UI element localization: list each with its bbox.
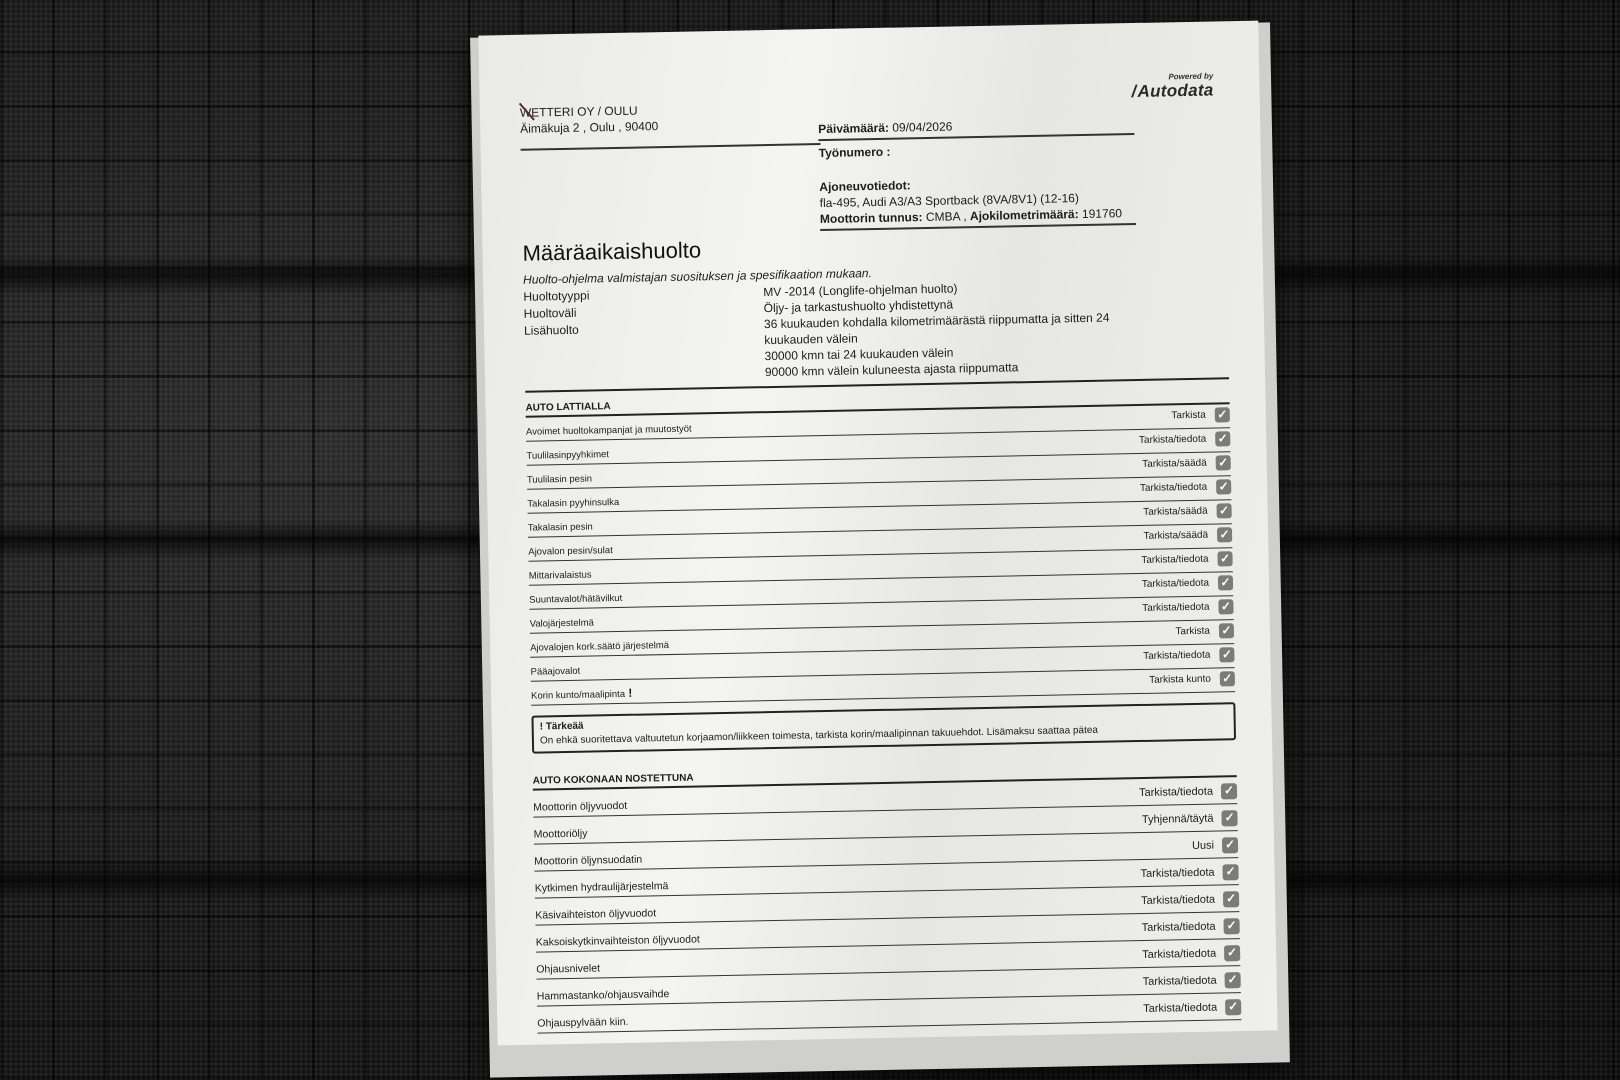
item-action: Uusi — [1192, 840, 1214, 852]
item-action: Tarkista/tiedota — [1142, 921, 1216, 934]
item-name: Käsivaihteiston öljyvuodot — [535, 907, 656, 921]
company-block: WETTERI OY / OULU Äimäkuja 2 , Oulu , 90… — [520, 102, 659, 137]
item-name: Mittarivalaistus — [529, 570, 592, 582]
checkbox-checked-icon[interactable]: ✓ — [1216, 479, 1231, 494]
checkbox-checked-icon[interactable]: ✓ — [1220, 671, 1235, 686]
checkbox-checked-icon[interactable]: ✓ — [1223, 891, 1239, 907]
item-name: Valojärjestelmä — [530, 617, 594, 629]
item-name: Pääajovalot — [531, 666, 581, 678]
checkbox-checked-icon[interactable]: ✓ — [1224, 972, 1240, 988]
engine-code-value: CMBA — [926, 209, 960, 224]
job-meta: Päivämäärä: 09/04/2026 Työnumero : Ajone… — [818, 115, 1136, 235]
engine-code-label: Moottorin tunnus: — [820, 210, 923, 226]
checkbox-checked-icon[interactable]: ✓ — [1225, 999, 1241, 1015]
checkbox-checked-icon[interactable]: ✓ — [1224, 945, 1240, 961]
checkbox-checked-icon[interactable]: ✓ — [1219, 623, 1234, 638]
item-name: Korin kunto/maalipinta ! — [531, 686, 633, 702]
item-name: Ohjauspylvään kiin. — [537, 1016, 628, 1030]
brand-name: Autodata — [1131, 80, 1213, 102]
item-name: Moottorin öljyvuodot — [533, 800, 627, 814]
item-name: Avoimet huoltokampanjat ja muutostyöt — [526, 424, 692, 438]
item-action: Tarkista — [1171, 410, 1206, 422]
item-name: Moottorin öljynsuodatin — [534, 854, 642, 868]
service-info-values: MV -2014 (Longlife-ohjelman huolto)Öljy-… — [763, 275, 1229, 380]
checkbox-checked-icon[interactable]: ✓ — [1223, 918, 1239, 934]
item-name: Hammastanko/ohjausvaihde — [537, 988, 670, 1003]
sheet-header: WETTERI OY / OULU Äimäkuja 2 , Oulu , 90… — [519, 51, 1226, 214]
service-info: HuoltotyyppiHuoltoväliLisähuolto MV -201… — [523, 275, 1229, 384]
service-sheet: WETTERI OY / OULU Äimäkuja 2 , Oulu , 90… — [478, 21, 1277, 1046]
item-action: Tarkista/tiedota — [1143, 650, 1210, 662]
checklist-section: AUTO KOKONAAN NOSTETTUNAMoottorin öljyvu… — [532, 752, 1241, 1033]
item-action: Tarkista/tiedota — [1142, 602, 1209, 614]
job-number-label: Työnumero : — [819, 145, 891, 160]
service-info-label: Lisähuolto — [524, 318, 764, 340]
divider — [521, 143, 821, 151]
item-action: Tyhjennä/täytä — [1142, 813, 1214, 826]
checkbox-checked-icon[interactable]: ✓ — [1221, 810, 1237, 826]
service-info-labels: HuoltotyyppiHuoltoväliLisähuolto — [523, 284, 765, 385]
checkbox-checked-icon[interactable]: ✓ — [1221, 783, 1237, 799]
checkbox-checked-icon[interactable]: ✓ — [1219, 647, 1234, 662]
item-name: Kytkimen hydraulijärjestelmä — [535, 880, 669, 895]
mileage-value: 191760 — [1082, 206, 1122, 221]
checklist-sections: AUTO LATTIALLAAvoimet huoltokampanjat ja… — [525, 379, 1241, 1033]
item-action: Tarkista/tiedota — [1141, 894, 1215, 907]
important-notice: ! TärkeääOn ehkä suoritettava valtuutetu… — [531, 702, 1236, 754]
item-action: Tarkista/tiedota — [1140, 867, 1214, 880]
checkbox-checked-icon[interactable]: ✓ — [1216, 503, 1231, 518]
item-name: Kaksoiskytkinvaihteiston öljyvuodot — [536, 933, 700, 948]
checkbox-checked-icon[interactable]: ✓ — [1216, 455, 1231, 470]
item-action: Tarkista/säädä — [1144, 530, 1209, 542]
item-action: Tarkista/tiedota — [1142, 948, 1216, 961]
item-name: Ohjausnivelet — [536, 962, 600, 975]
item-name: Suuntavalot/hätävilkut — [529, 593, 622, 606]
checkbox-checked-icon[interactable]: ✓ — [1217, 527, 1232, 542]
checkbox-checked-icon[interactable]: ✓ — [1222, 864, 1238, 880]
item-name: Moottoriöljy — [534, 828, 588, 841]
date-label: Päivämäärä: — [818, 121, 889, 136]
autodata-logo: Powered by Autodata — [1131, 71, 1214, 102]
item-action: Tarkista/tiedota — [1139, 434, 1206, 446]
item-name: Tuulilasinpyyhkimet — [526, 449, 609, 462]
checkbox-checked-icon[interactable]: ✓ — [1217, 551, 1232, 566]
vehicle-info-label: Ajoneuvotiedot: — [819, 178, 911, 194]
item-action: Tarkista/tiedota — [1140, 482, 1207, 494]
checkbox-checked-icon[interactable]: ✓ — [1215, 431, 1230, 446]
item-action: Tarkista — [1175, 626, 1210, 638]
item-action: Tarkista/säädä — [1142, 458, 1207, 470]
checkbox-checked-icon[interactable]: ✓ — [1218, 599, 1233, 614]
item-name: Takalasin pyyhinsulka — [527, 497, 619, 510]
item-name: Takalasin pesin — [528, 521, 593, 533]
checklist-section: AUTO LATTIALLAAvoimet huoltokampanjat ja… — [525, 379, 1236, 753]
checkbox-checked-icon[interactable]: ✓ — [1222, 837, 1238, 853]
item-name: Ajovalon pesin/sulat — [528, 545, 613, 558]
item-action: Tarkista/tiedota — [1139, 786, 1213, 799]
item-action: Tarkista kunto — [1149, 674, 1211, 686]
item-action: Tarkista/säädä — [1143, 506, 1208, 518]
notice-title-text: Tärkeää — [546, 721, 584, 733]
item-action: Tarkista/tiedota — [1141, 554, 1208, 566]
item-action: Tarkista/tiedota — [1142, 578, 1209, 590]
checkbox-checked-icon[interactable]: ✓ — [1215, 407, 1230, 422]
warning-icon: ! — [625, 686, 633, 700]
item-action: Tarkista/tiedota — [1143, 975, 1217, 988]
date-value: 09/04/2026 — [892, 119, 952, 134]
item-name: Tuulilasin pesin — [527, 473, 592, 485]
company-address: Äimäkuja 2 , Oulu , 90400 — [520, 118, 658, 137]
checkbox-checked-icon[interactable]: ✓ — [1218, 575, 1233, 590]
item-name: Ajovalojen kork.säätö järjestelmä — [530, 640, 669, 654]
mileage-label: Ajokilometrimäärä: — [970, 207, 1079, 223]
company-name: WETTERI OY / OULU — [520, 102, 658, 121]
item-action: Tarkista/tiedota — [1143, 1002, 1217, 1015]
